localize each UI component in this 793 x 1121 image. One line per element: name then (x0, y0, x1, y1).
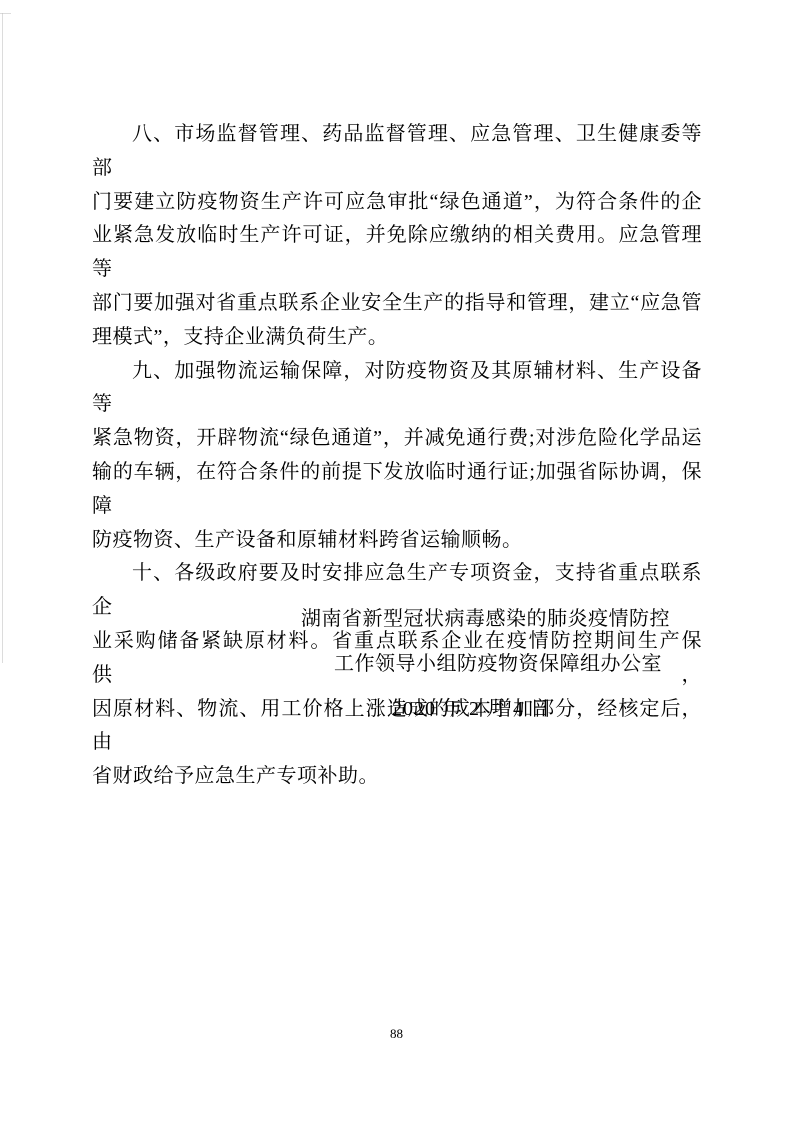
scan-edge-left (2, 13, 3, 663)
text-line: 输的车辆，在符合条件的前提下发放临时通行证;加强省际协调，保障 (92, 456, 702, 524)
signature-org-line-2: 工作领导小组防疫物资保障组办公室 (334, 652, 662, 676)
text-line: 门要建立防疫物资生产许可应急审批“绿色通道”，为符合条件的企 (92, 186, 702, 220)
text-line: 紧急物资，开辟物流“绿色通道”，并减免通行费;对涉危险化学品运 (92, 422, 702, 456)
document-page: 八、市场监督管理、药品监督管理、应急管理、卫生健康委等部门要建立防疫物资生产许可… (0, 0, 793, 1121)
text-line: 八、市场监督管理、药品监督管理、应急管理、卫生健康委等部 (92, 118, 702, 186)
text-line: 理模式”，支持企业满负荷生产。 (92, 321, 702, 355)
text-line: 部门要加强对省重点联系企业安全生产的指导和管理，建立“应急管 (92, 287, 702, 321)
paragraph: 九、加强物流运输保障，对防疫物资及其原辅材料、生产设备等紧急物资，开辟物流“绿色… (92, 355, 702, 558)
signature-org-line-1: 湖南省新型冠状病毒感染的肺炎疫情防控 (301, 607, 670, 631)
paragraph: 八、市场监督管理、药品监督管理、应急管理、卫生健康委等部门要建立防疫物资生产许可… (92, 118, 702, 355)
text-line: 九、加强物流运输保障，对防疫物资及其原辅材料、生产设备等 (92, 355, 702, 423)
scan-edge-top (0, 13, 11, 14)
page-number: 88 (0, 1026, 793, 1042)
document-body: 八、市场监督管理、药品监督管理、应急管理、卫生健康委等部门要建立防疫物资生产许可… (92, 118, 702, 794)
text-line: 防疫物资、生产设备和原辅材料跨省运输顺畅。 (92, 524, 702, 558)
text-line: 业紧急发放临时生产许可证，并免除应缴纳的相关费用。应急管理等 (92, 219, 702, 287)
text-line: 省财政给予应急生产专项补助。 (92, 760, 702, 794)
signature-date: 2020 年 2 月 4 日 (392, 697, 551, 721)
